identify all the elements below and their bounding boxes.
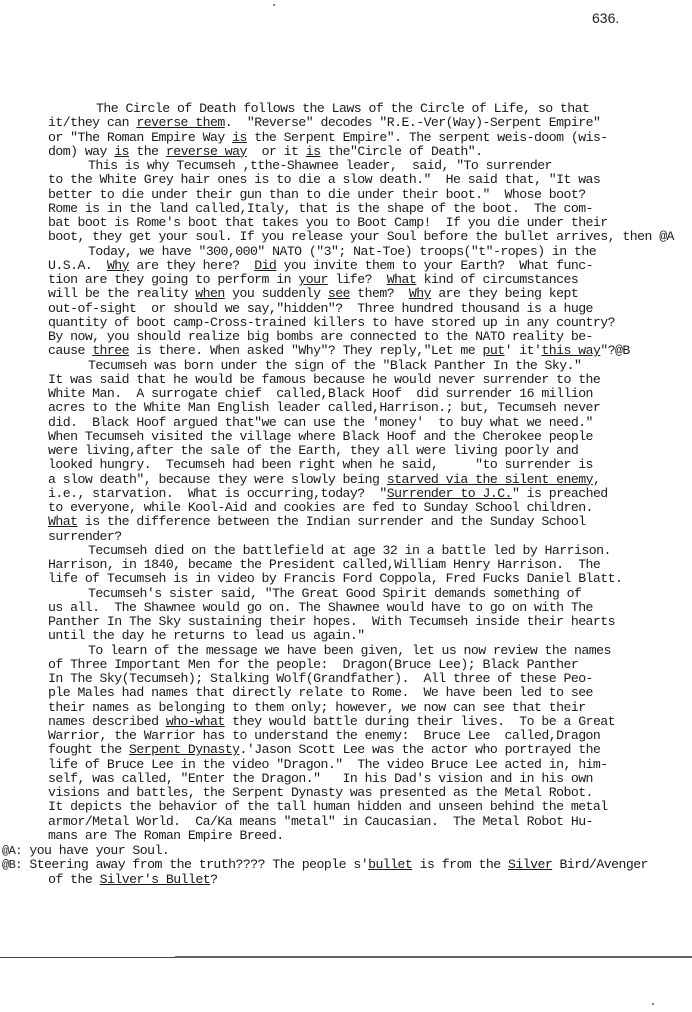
text-run: This is why Tecumseh ,tthe-Shawnee leade… bbox=[88, 158, 552, 173]
text-run: life? bbox=[328, 272, 387, 287]
text-run: quantity of boot camp-Cross-trained kill… bbox=[48, 315, 615, 330]
text-run: Steering away from the truth???? The peo… bbox=[22, 857, 368, 872]
text-run: In The Sky(Tecumseh); Stalking Wolf(Gran… bbox=[48, 671, 593, 686]
text-line: life of Tecumseh is in video by Francis … bbox=[48, 572, 692, 586]
underlined-text: Silver bbox=[508, 857, 552, 872]
text-line: bat boot is Rome's boot that takes you t… bbox=[48, 216, 692, 230]
underlined-text: is bbox=[306, 144, 321, 159]
text-line: tion are they going to perform in your l… bbox=[48, 273, 692, 287]
text-line: Warrior, the Warrior has to understand t… bbox=[48, 729, 692, 743]
text-run: . "Reverse" decodes "R.E.-Ver(Way)-Serpe… bbox=[225, 115, 601, 130]
text-run: out-of-sight or should we say,"hidden"? … bbox=[48, 301, 593, 316]
text-run: surrender? bbox=[48, 529, 122, 544]
text-line: What is the difference between the India… bbox=[48, 515, 692, 529]
text-run: .'Jason Scott Lee was the actor who port… bbox=[239, 742, 600, 757]
paragraph-first-line: The Circle of Death follows the Laws of … bbox=[48, 102, 692, 116]
text-run: kind of circumstances bbox=[416, 272, 578, 287]
text-run: life of Bruce Lee in the video "Dragon."… bbox=[48, 757, 608, 772]
text-line: it/they can reverse them. "Reverse" deco… bbox=[48, 116, 692, 130]
page-number: 636. bbox=[592, 10, 619, 26]
underlined-text: Serpent Dynasty bbox=[129, 742, 239, 757]
text-run: self, was called, "Enter the Dragon." In… bbox=[48, 771, 593, 786]
text-run: It was said that he would be famous beca… bbox=[48, 372, 600, 387]
underlined-text: Did bbox=[254, 258, 276, 273]
footnote: of the Silver's Bullet? bbox=[26, 872, 217, 887]
text-line: to the White Grey hair ones is to die a … bbox=[48, 173, 692, 187]
text-run: until the day he returns to lead us agai… bbox=[48, 628, 365, 643]
underlined-text: What bbox=[48, 514, 77, 529]
text-run: bat boot is Rome's boot that takes you t… bbox=[48, 215, 608, 230]
text-line: boot, they get your soul. If you release… bbox=[48, 230, 692, 244]
text-run: are they here? bbox=[129, 258, 254, 273]
text-line: acres to the White Man English leader ca… bbox=[48, 401, 692, 415]
scan-speck bbox=[273, 4, 275, 6]
text-run: Bird/Avenger bbox=[552, 857, 648, 872]
text-line: quantity of boot camp-Cross-trained kill… bbox=[48, 316, 692, 330]
text-line: life of Bruce Lee in the video "Dragon."… bbox=[48, 758, 692, 772]
text-line: armor/Metal World. Ca/Ka means "metal" i… bbox=[48, 815, 692, 829]
text-run: of the bbox=[26, 872, 100, 887]
text-run: To learn of the message we have been giv… bbox=[88, 643, 611, 658]
scan-speck bbox=[652, 1003, 654, 1005]
text-line: White Man. A surrogate chief called,Blac… bbox=[48, 387, 692, 401]
underlined-text: reverse way bbox=[166, 144, 247, 159]
text-run: mans are The Roman Empire Breed. bbox=[48, 828, 284, 843]
text-run: Panther In The Sky sustaining their hope… bbox=[48, 614, 615, 629]
text-line: cause three is there. When asked "Why"? … bbox=[48, 344, 692, 358]
text-run: did. Black Hoof argued that"we can use t… bbox=[48, 415, 593, 430]
text-run: "?@B bbox=[600, 343, 629, 358]
text-line: us all. The Shawnee would go on. The Sha… bbox=[48, 601, 692, 615]
text-line: a slow death", because they were slowly … bbox=[48, 473, 692, 487]
text-run: By now, you should realize big bombs are… bbox=[48, 329, 593, 344]
text-line: U.S.A. Why are they here? Did you invite… bbox=[48, 259, 692, 273]
text-run: " is preached bbox=[512, 486, 608, 501]
paragraph-first-line: Tecumseh was born under the sign of the … bbox=[48, 359, 692, 373]
text-run: better to die under their gun than to di… bbox=[48, 187, 586, 202]
text-line: were living,after the sale of the Earth,… bbox=[48, 444, 692, 458]
text-line: It depicts the behavior of the tall huma… bbox=[48, 800, 692, 814]
text-run: Rome is in the land called,Italy, that i… bbox=[48, 201, 593, 216]
text-run: or it bbox=[247, 144, 306, 159]
text-run: them? bbox=[350, 286, 409, 301]
text-run: were living,after the sale of the Earth,… bbox=[48, 443, 578, 458]
text-run: Warrior, the Warrior has to understand t… bbox=[48, 728, 600, 743]
text-run: or "The Roman Empire Way bbox=[48, 130, 232, 145]
text-line: of Three Important Men for the people: D… bbox=[48, 658, 692, 672]
text-line: out-of-sight or should we say,"hidden"? … bbox=[48, 302, 692, 316]
underlined-text: who-what bbox=[166, 714, 225, 729]
text-line: Panther In The Sky sustaining their hope… bbox=[48, 615, 692, 629]
footnote-mark: @B: bbox=[2, 858, 22, 872]
text-line: or "The Roman Empire Way is the Serpent … bbox=[48, 131, 692, 145]
underlined-text: when bbox=[195, 286, 224, 301]
underlined-text: put bbox=[482, 343, 504, 358]
text-run: us all. The Shawnee would go on. The Sha… bbox=[48, 600, 593, 615]
text-run: boot, they get your soul. If you release… bbox=[48, 229, 674, 244]
text-run: they would battle during their lives. To… bbox=[225, 714, 615, 729]
text-line: looked hungry. Tecumseh had been right w… bbox=[48, 458, 692, 472]
text-line: their names as belonging to them only; h… bbox=[48, 701, 692, 715]
underlined-text: is bbox=[232, 130, 247, 145]
text-line: It was said that he would be famous beca… bbox=[48, 373, 692, 387]
text-line: Rome is in the land called,Italy, that i… bbox=[48, 202, 692, 216]
text-line: fought the Serpent Dynasty.'Jason Scott … bbox=[48, 743, 692, 757]
text-line: will be the reality when you suddenly se… bbox=[48, 287, 692, 301]
text-run: you have your Soul. bbox=[22, 843, 169, 858]
text-run: you suddenly bbox=[225, 286, 328, 301]
text-run: Tecumseh was born under the sign of the … bbox=[88, 358, 581, 373]
text-run: armor/Metal World. Ca/Ka means "metal" i… bbox=[48, 814, 593, 829]
text-line: dom) way is the reverse way or it is the… bbox=[48, 145, 692, 159]
text-line: better to die under their gun than to di… bbox=[48, 188, 692, 202]
text-run: to everyone, while Kool-Aid and cookies … bbox=[48, 500, 593, 515]
underlined-text: Why bbox=[107, 258, 129, 273]
text-run: is there. When asked "Why"? They reply,"… bbox=[129, 343, 482, 358]
paragraph-first-line: Today, we have "300,000" NATO ("3"; Nat-… bbox=[48, 245, 692, 259]
text-run: i.e., starvation. What is occurring,toda… bbox=[48, 486, 387, 501]
text-run: When Tecumseh visited the village where … bbox=[48, 429, 593, 444]
text-line: until the day he returns to lead us agai… bbox=[48, 629, 692, 643]
text-run: their names as belonging to them only; h… bbox=[48, 700, 586, 715]
text-line: did. Black Hoof argued that"we can use t… bbox=[48, 416, 692, 430]
text-run: names described bbox=[48, 714, 166, 729]
paragraph-first-line: This is why Tecumseh ,tthe-Shawnee leade… bbox=[48, 159, 692, 173]
underlined-text: reverse them bbox=[136, 115, 224, 130]
text-run: Tecumseh's sister said, "The Great Good … bbox=[88, 586, 581, 601]
text-run: is from the bbox=[412, 857, 508, 872]
text-run: visions and battles, the Serpent Dynasty… bbox=[48, 785, 593, 800]
text-line: Harrison, in 1840, became the President … bbox=[48, 558, 692, 572]
text-run: fought the bbox=[48, 742, 129, 757]
text-run: ' it' bbox=[505, 343, 542, 358]
text-run: the Serpent Empire". The serpent weis-do… bbox=[247, 130, 608, 145]
text-run: Harrison, in 1840, became the President … bbox=[48, 557, 600, 572]
text-run: ple Males had names that directly relate… bbox=[48, 685, 593, 700]
text-line: When Tecumseh visited the village where … bbox=[48, 430, 692, 444]
text-run: tion are they going to perform in bbox=[48, 272, 298, 287]
text-line: In The Sky(Tecumseh); Stalking Wolf(Gran… bbox=[48, 672, 692, 686]
text-run: the bbox=[129, 144, 166, 159]
underlined-text: bullet bbox=[368, 857, 412, 872]
paragraph-first-line: Tecumseh's sister said, "The Great Good … bbox=[48, 587, 692, 601]
text-line: self, was called, "Enter the Dragon." In… bbox=[48, 772, 692, 786]
text-run: life of Tecumseh is in video by Francis … bbox=[48, 571, 622, 586]
paragraph-first-line: Tecumseh died on the battlefield at age … bbox=[48, 544, 692, 558]
text-run: dom) way bbox=[48, 144, 114, 159]
text-run: a slow death", because they were slowly … bbox=[48, 472, 387, 487]
text-run: Today, we have "300,000" NATO ("3"; Nat-… bbox=[88, 244, 596, 259]
text-line: mans are The Roman Empire Breed. bbox=[48, 829, 692, 843]
footnote: @B: Steering away from the truth???? The… bbox=[2, 857, 648, 872]
text-run: it/they can bbox=[48, 115, 136, 130]
text-line: surrender? bbox=[48, 530, 692, 544]
underlined-text: starved via the silent enemy bbox=[387, 472, 593, 487]
text-run: ? bbox=[210, 872, 217, 887]
text-run: cause bbox=[48, 343, 92, 358]
footer-rule-shadow bbox=[175, 956, 692, 958]
underlined-text: What bbox=[387, 272, 416, 287]
text-run: U.S.A. bbox=[48, 258, 107, 273]
footnote-mark: @A: bbox=[2, 844, 22, 858]
text-run: the"Circle of Death". bbox=[321, 144, 483, 159]
underlined-text: your bbox=[298, 272, 327, 287]
underlined-text: see bbox=[328, 286, 350, 301]
text-run: are they being kept bbox=[431, 286, 578, 301]
text-run: , bbox=[593, 472, 600, 487]
text-line: By now, you should realize big bombs are… bbox=[48, 330, 692, 344]
text-run: Tecumseh died on the battlefield at age … bbox=[88, 543, 611, 558]
text-run: of Three Important Men for the people: D… bbox=[48, 657, 578, 672]
underlined-text: three bbox=[92, 343, 129, 358]
underlined-text: Why bbox=[409, 286, 431, 301]
underlined-text: is bbox=[114, 144, 129, 159]
footnote: @A: you have your Soul. bbox=[2, 843, 169, 858]
text-line: i.e., starvation. What is occurring,toda… bbox=[48, 487, 692, 501]
text-line: to everyone, while Kool-Aid and cookies … bbox=[48, 501, 692, 515]
text-run: you invite them to your Earth? What func… bbox=[276, 258, 593, 273]
text-run: to the White Grey hair ones is to die a … bbox=[48, 172, 600, 187]
underlined-text: Surrender to J.C. bbox=[387, 486, 512, 501]
text-run: White Man. A surrogate chief called,Blac… bbox=[48, 386, 593, 401]
text-line: names described who-what they would batt… bbox=[48, 715, 692, 729]
text-run: It depicts the behavior of the tall huma… bbox=[48, 799, 608, 814]
text-run: will be the reality bbox=[48, 286, 195, 301]
paragraph-first-line: To learn of the message we have been giv… bbox=[48, 644, 692, 658]
text-run: looked hungry. Tecumseh had been right w… bbox=[48, 457, 593, 472]
text-line: visions and battles, the Serpent Dynasty… bbox=[48, 786, 692, 800]
text-run: acres to the White Man English leader ca… bbox=[48, 400, 600, 415]
text-line: ple Males had names that directly relate… bbox=[48, 686, 692, 700]
text-run: is the difference between the Indian sur… bbox=[77, 514, 585, 529]
underlined-text: this way bbox=[541, 343, 600, 358]
text-run: The Circle of Death follows the Laws of … bbox=[96, 101, 589, 116]
body-text: The Circle of Death follows the Laws of … bbox=[48, 102, 692, 843]
underlined-text: Silver's Bullet bbox=[100, 872, 210, 887]
